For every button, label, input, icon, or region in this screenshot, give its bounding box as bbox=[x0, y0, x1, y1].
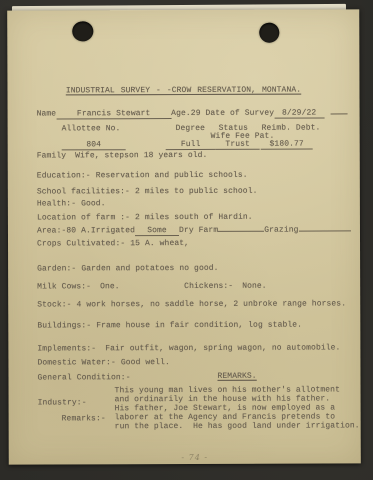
field-garden: Garden:-Garden and potatoes no good. bbox=[37, 264, 218, 274]
family-value: Wife, stepson 18 years old. bbox=[75, 151, 207, 160]
reimb-value: $180.77 bbox=[261, 140, 313, 150]
survey-date-label: Date of Survey bbox=[201, 109, 275, 118]
age-label: Age. bbox=[171, 109, 191, 118]
field-health: Health:-Good. bbox=[37, 199, 106, 208]
document-page: INDUSTRIAL SURVEY - -CROW RESERVATION, M… bbox=[7, 9, 361, 464]
field-education: Education:-Reservation and public school… bbox=[37, 171, 248, 181]
education-label: Education:- bbox=[37, 171, 91, 180]
remarks-label: Remarks:- bbox=[62, 414, 106, 423]
grazing-field bbox=[299, 230, 351, 231]
school-facilities-value: 2 miles to public school. bbox=[135, 187, 258, 196]
punch-hole-right-icon bbox=[259, 23, 279, 43]
name-field: Francis Stewart bbox=[56, 109, 171, 119]
field-area: Area:-80 A.IrrigatedSomeDry FarmGrazing bbox=[37, 225, 351, 236]
area-acreage-value: 80 A. bbox=[66, 226, 91, 235]
garden-label: Garden:- bbox=[37, 264, 76, 273]
implements-label: Implements:- bbox=[37, 344, 96, 353]
industry-label: Industry:- bbox=[38, 398, 87, 407]
domestic-water-value: Good well. bbox=[121, 358, 170, 367]
field-domestic-water: Domestic Water:-Good well. bbox=[37, 358, 169, 367]
field-crops: Crops Cultivated:-15 A. wheat, bbox=[37, 239, 189, 249]
milk-cows-value: One. bbox=[100, 282, 120, 291]
grazing-label: Grazing bbox=[264, 226, 298, 235]
name-label: Name bbox=[37, 109, 57, 118]
area-label: Area:- bbox=[37, 226, 66, 235]
crops-label: Crops Cultivated:- bbox=[37, 239, 125, 248]
punch-hole-left-icon bbox=[72, 21, 93, 41]
buildings-value: Frame house in fair condition, log stabl… bbox=[96, 321, 302, 331]
document-title: INDUSTRIAL SURVEY - -CROW RESERVATION, M… bbox=[7, 85, 359, 95]
dry-farm-label: Dry Farm bbox=[179, 226, 218, 235]
dry-farm-field bbox=[218, 231, 264, 232]
remarks-line-5: run the place. He has good land under ir… bbox=[115, 421, 360, 431]
field-location: Location of farm :-2 miles south of Hard… bbox=[37, 213, 253, 223]
stock-label: Stock:- bbox=[37, 300, 71, 309]
field-stock: Stock:-4 work horses, no saddle horse, 2… bbox=[37, 299, 346, 309]
location-value: 2 miles south of Hardin. bbox=[135, 213, 253, 222]
irrigated-field: Some bbox=[135, 226, 179, 236]
remarks-heading: REMARKS. bbox=[217, 372, 256, 381]
field-buildings: Buildings:-Frame house in fair condition… bbox=[37, 321, 302, 331]
implements-value: Fair outfit, wagon, spring wagon, no aut… bbox=[105, 343, 340, 353]
general-condition-label: General Condition:- bbox=[37, 373, 130, 382]
survey-date-field: 8/29/22 bbox=[274, 109, 324, 119]
allottee-value: 804 bbox=[62, 140, 126, 150]
chickens-label: Chickens:- bbox=[184, 282, 233, 291]
health-label: Health:- bbox=[37, 199, 76, 208]
crops-value: 15 A. wheat, bbox=[130, 239, 189, 248]
buildings-label: Buildings:- bbox=[37, 321, 91, 330]
chickens-value: None. bbox=[242, 282, 267, 291]
field-school-facilities: School facilities:-2 miles to public sch… bbox=[37, 187, 258, 197]
page-number: - 74 - bbox=[145, 453, 245, 462]
garden-value: Garden and potatoes no good. bbox=[81, 264, 218, 273]
degree-value: Full bbox=[166, 140, 216, 150]
age-value: 29 bbox=[191, 109, 201, 118]
allottee-col-header: Allottee No. bbox=[62, 124, 121, 133]
status-value: Trust bbox=[216, 140, 260, 150]
field-chickens: Chickens:-None. bbox=[184, 282, 267, 291]
stock-value: 4 work horses, no saddle horse, 2 unbrok… bbox=[77, 299, 347, 309]
location-label: Location of farm :- bbox=[37, 213, 130, 222]
school-facilities-label: School facilities:- bbox=[37, 187, 130, 196]
blank-underline bbox=[330, 113, 347, 114]
irrigated-label: Irrigated bbox=[91, 226, 135, 235]
education-value: Reservation and public schools. bbox=[96, 171, 248, 181]
milk-cows-label: Milk Cows:- bbox=[37, 282, 91, 291]
health-value: Good. bbox=[81, 199, 106, 208]
family-label: Family bbox=[37, 151, 66, 160]
domestic-water-label: Domestic Water:- bbox=[37, 358, 115, 367]
degree-col-header: Degree bbox=[176, 124, 205, 133]
field-implements: Implements:-Fair outfit, wagon, spring w… bbox=[37, 343, 340, 353]
name-line: NameFrancis StewartAge.29 Date of Survey… bbox=[37, 108, 348, 119]
family-line: FamilyWife, stepson 18 years old. bbox=[37, 151, 208, 161]
field-milk-cows: Milk Cows:-One. bbox=[37, 282, 120, 291]
